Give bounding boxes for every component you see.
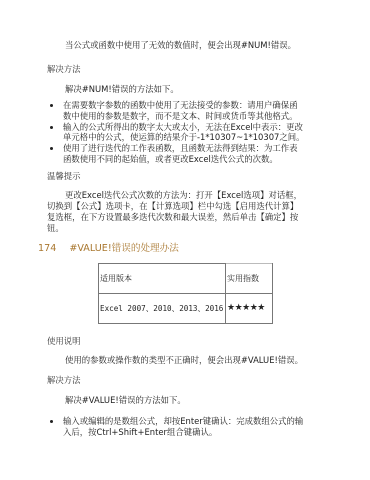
tip-heading: 温馨提示: [47, 171, 81, 182]
bullet-icon: [50, 104, 53, 107]
value-error-description: 使用的参数或操作数的类型不正确时，便会出现#VALUE!错误。: [47, 355, 337, 366]
tip-line: 更改Excel迭代公式次数的方法为：打开【Excel选项】对话框，: [47, 190, 347, 201]
solution-intro: 解决#NUM!错误的方法如下。: [47, 84, 337, 95]
version-table: 适用版本 实用指数 Excel 2007、2010、2013、2016 ★★★★…: [98, 263, 273, 324]
table-cell-rating-stars: ★★★★★: [226, 294, 273, 324]
table-header-row: 适用版本 实用指数: [99, 264, 273, 294]
list-item: 输入的公式所得出的数字太大或太小，无法在Excel中表示：更改 单元格中的公式，…: [47, 122, 342, 143]
solution-intro: 解决#VALUE!错误的方法如下。: [47, 395, 337, 406]
list-item: 输入或编辑的是数组公式，却按Enter键确认：完成数组公式的输 入后，按Ctrl…: [47, 416, 342, 437]
usage-heading: 使用说明: [47, 336, 81, 347]
tip-line: 切换到【公式】选项卡，在【计算选项】栏中勾选【启用迭代计算】: [47, 201, 347, 212]
list-item: 在需要数字参数的函数中使用了无法接受的参数：请用户确保函 数中使用的参数是数字，…: [47, 100, 342, 121]
list-item-line: 在需要数字参数的函数中使用了无法接受的参数：请用户确保函: [63, 100, 342, 111]
table-header-version: 适用版本: [99, 264, 226, 294]
tip-line: 复选框，在下方设置最多迭代次数和最大误差，然后单击【确定】按: [47, 212, 347, 223]
table-header-rating: 实用指数: [226, 264, 273, 294]
list-item-line: 数中使用的参数是数字，而不是文本、时间或货币等其他格式。: [63, 111, 342, 122]
solution-heading: 解决方法: [47, 64, 81, 75]
table-row: Excel 2007、2010、2013、2016 ★★★★★: [99, 294, 273, 324]
num-error-description: 当公式或函数中使用了无效的数值时，便会出现#NUM!错误。: [47, 40, 337, 51]
list-item-line: 输入的公式所得出的数字太大或太小，无法在Excel中表示：更改: [63, 122, 342, 133]
tip-paragraph: 更改Excel迭代公式次数的方法为：打开【Excel选项】对话框， 切换到【公式…: [47, 190, 347, 234]
section-title-text: #VALUE!错误的处理办法: [69, 243, 179, 254]
bullet-icon: [50, 126, 53, 129]
table-cell-version: Excel 2007、2010、2013、2016: [99, 294, 226, 324]
bullet-icon: [50, 420, 53, 423]
value-solution-list: 输入或编辑的是数组公式，却按Enter键确认：完成数组公式的输 入后，按Ctrl…: [47, 416, 342, 438]
list-item: 使用了进行迭代的工作表函数，且函数无法得到结果：为工作表 函数使用不同的起始值，…: [47, 143, 342, 164]
list-item-line: 使用了进行迭代的工作表函数，且函数无法得到结果：为工作表: [63, 143, 342, 154]
list-item-line: 入后，按Ctrl+Shift+Enter组合键确认。: [63, 427, 342, 438]
tip-line: 钮。: [47, 223, 347, 234]
list-item-line: 输入或编辑的是数组公式，却按Enter键确认：完成数组公式的输: [63, 416, 342, 427]
section-title: 174#VALUE!错误的处理办法: [38, 243, 179, 254]
num-solution-list: 在需要数字参数的函数中使用了无法接受的参数：请用户确保函 数中使用的参数是数字，…: [47, 100, 342, 165]
bullet-icon: [50, 147, 53, 150]
list-item-line: 单元格中的公式，使运算的结果介于-1*10307~1*10307之间。: [63, 132, 342, 143]
solution-heading: 解决方法: [47, 375, 81, 386]
list-item-line: 函数使用不同的起始值，或者更改Excel迭代公式的次数。: [63, 154, 342, 165]
section-number: 174: [38, 243, 56, 254]
